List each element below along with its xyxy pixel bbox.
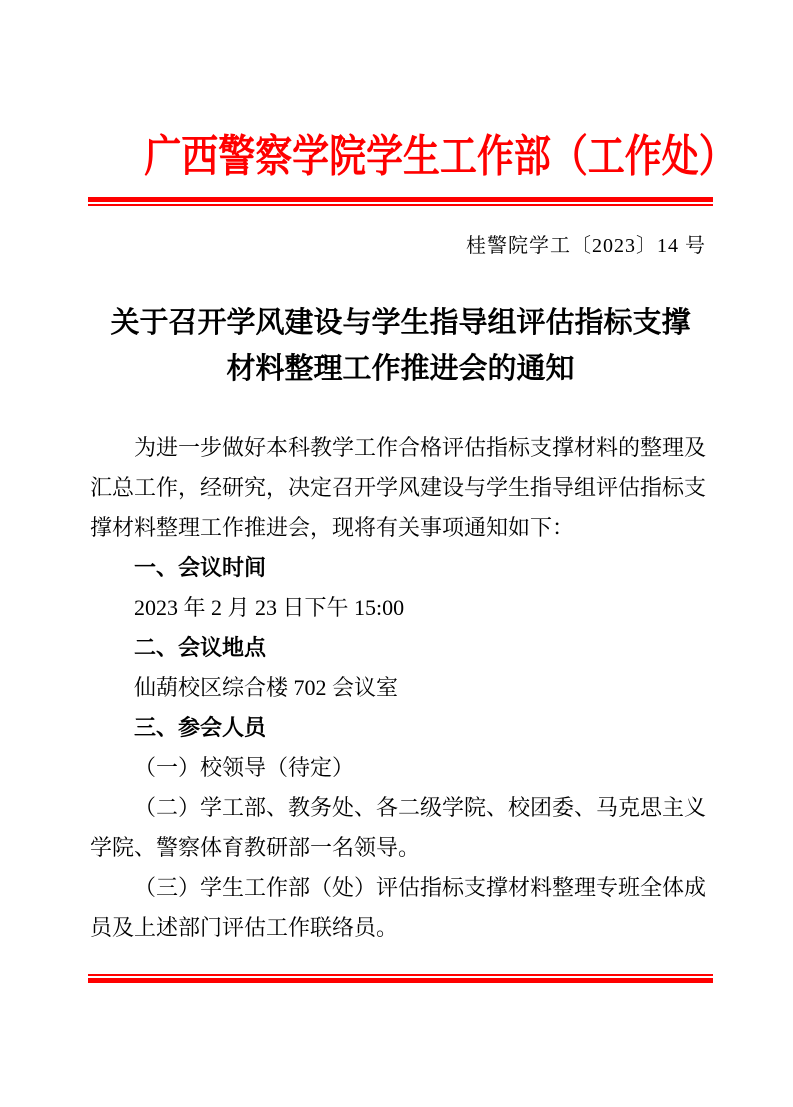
section-3-item-2: （二）学工部、教务处、各二级学院、校团委、马克思主义学院、警察体育教研部一名领导… [90,788,706,868]
section-3-item-1: （一）校领导（待定） [90,748,706,788]
letterhead-title-text: 广西警察学院学生工作部（工作处） [144,126,735,188]
section-2-heading: 二、会议地点 [90,628,706,668]
notice-title-line1: 关于召开学风建设与学生指导组评估指标支撑 [78,300,723,346]
section-2-content: 仙葫校区综合楼 702 会议室 [90,668,706,708]
document-number: 桂警院学工〔2023〕14 号 [88,233,706,259]
section-3-item-3: （三）学生工作部（处）评估指标支撑材料整理专班全体成员及上述部门评估工作联络员。 [90,868,706,948]
notice-title-line2: 材料整理工作推进会的通知 [78,346,723,392]
rule-thick-bar [88,978,713,983]
intro-paragraph: 为进一步做好本科教学工作合格评估指标支撑材料的整理及汇总工作，经研究，决定召开学… [90,428,706,548]
footer-double-rule [88,974,713,983]
notice-body: 为进一步做好本科教学工作合格评估指标支撑材料的整理及汇总工作，经研究，决定召开学… [90,428,706,948]
section-1-content: 2023 年 2 月 23 日下午 15:00 [90,588,706,628]
rule-thin-bar [88,204,713,206]
section-1-heading: 一、会议时间 [90,548,706,588]
letterhead-double-rule [88,197,713,206]
letterhead-title: 广西警察学院学生工作部（工作处） [88,126,713,188]
section-3-heading: 三、参会人员 [90,708,706,748]
notice-title: 关于召开学风建设与学生指导组评估指标支撑 材料整理工作推进会的通知 [78,300,723,392]
document-page: 广西警察学院学生工作部（工作处） 桂警院学工〔2023〕14 号 关于召开学风建… [0,0,793,1107]
